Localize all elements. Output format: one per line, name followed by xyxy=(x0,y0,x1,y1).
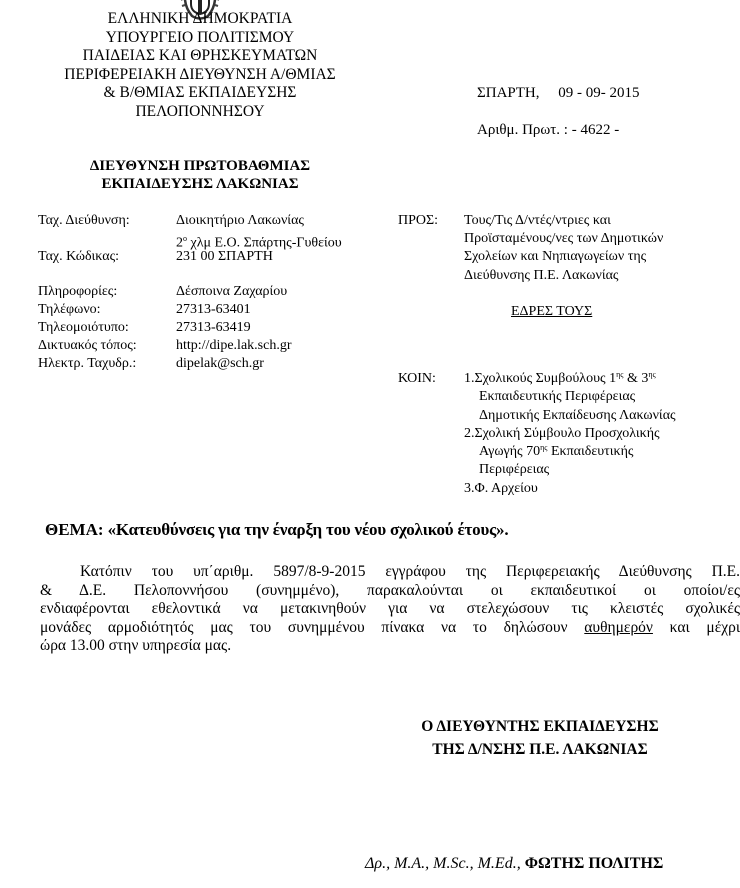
subject-line: ΘΕΜΑ: «Κατευθύνσεις για την έναρξη του ν… xyxy=(45,520,508,540)
department-heading: ΔΙΕΥΘΥΝΣΗ ΠΡΩΤΟΒΑΘΜΙΑΣ ΕΚΠΑΙΔΕΥΣΗΣ ΛΑΚΩΝ… xyxy=(40,157,360,193)
to-line: Προϊσταμένους/νες των Δημοτικών xyxy=(464,230,663,248)
phone-value: 27313-63401 xyxy=(176,301,251,319)
postal-value: 231 00 ΣΠΑΡΤΗ xyxy=(176,248,273,266)
signer-title: Ο ΔΙΕΥΘΥΝΤΗΣ ΕΚΠΑΙΔΕΥΣΗΣ ΤΗΣ Δ/ΝΣΗΣ Π.Ε.… xyxy=(380,715,700,761)
address-label: Ταχ. Διεύθυνση: xyxy=(38,212,176,230)
cc-item-3: 3.Φ. Αρχείου xyxy=(464,480,676,498)
info-row: Πληροφορίες: Δέσποινα Ζαχαρίου xyxy=(38,283,342,301)
to-line: Σχολείων και Νηπιαγωγείων της xyxy=(464,248,663,266)
contact-info: Ταχ. Διεύθυνση: Διοικητήριο Λακωνίας 2ο … xyxy=(38,212,342,373)
email-row: Ηλεκτρ. Ταχυδρ.: dipelak@sch.gr xyxy=(38,355,342,373)
address-value: Διοικητήριο Λακωνίας xyxy=(176,212,304,230)
fax-value: 27313-63419 xyxy=(176,319,251,337)
subject-text: «Κατευθύνσεις για την έναρξη του νέου σχ… xyxy=(104,520,509,539)
body-line: & Δ.Ε. Πελοποννήσου (συνημμένο), παρακαλ… xyxy=(40,582,740,601)
recipients-to: ΠΡΟΣ: Τους/Τις Δ/ντές/ντριες και Προϊστα… xyxy=(398,212,663,285)
fax-label: Τηλεομοιότυπο: xyxy=(38,319,176,337)
web-row: Δικτυακός τόπος: http://dipe.lak.sch.gr xyxy=(38,337,342,355)
phone-row: Τηλέφωνο: 27313-63401 xyxy=(38,301,342,319)
department-line: ΕΚΠΑΙΔΕΥΣΗΣ ΛΑΚΩΝΙΑΣ xyxy=(40,175,360,193)
subject-label: ΘΕΜΑ: xyxy=(45,520,104,539)
cc-item-2: 2.Σχολική Σύμβουλο Προσχολικής xyxy=(464,425,676,443)
email-link[interactable]: dipelak@sch.gr xyxy=(176,355,264,373)
place-date: ΣΠΑΡΤΗ, 09 - 09- 2015 xyxy=(477,85,639,102)
department-line: ΔΙΕΥΘΥΝΣΗ ΠΡΩΤΟΒΑΘΜΙΑΣ xyxy=(40,157,360,175)
letterhead-line: ΠΑΙΔΕΙΑΣ ΚΑΙ ΘΡΗΣΚΕΥΜΑΤΩΝ xyxy=(40,47,360,66)
address-row-2: 2ο χλμ Ε.Ο. Σπάρτης-Γυθείου xyxy=(38,230,342,248)
body-line: Κατόπιν του υπ΄αριθμ. 5897/8-9-2015 εγγρ… xyxy=(40,563,740,582)
body-line: μονάδες αρμοδιότητός μας του συνημμένου … xyxy=(40,619,740,638)
address-value-2: 2ο χλμ Ε.Ο. Σπάρτης-Γυθείου xyxy=(176,230,342,248)
web-link[interactable]: http://dipe.lak.sch.gr xyxy=(176,337,291,355)
address-row: Ταχ. Διεύθυνση: Διοικητήριο Λακωνίας xyxy=(38,212,342,230)
body-line: ώρα 13.00 στην υπηρεσία μας. xyxy=(40,637,740,656)
postal-label: Ταχ. Κώδικας: xyxy=(38,248,176,266)
info-value: Δέσποινα Ζαχαρίου xyxy=(176,283,287,301)
cc-label: ΚΟΙΝ: xyxy=(398,370,464,498)
info-label: Πληροφορίες: xyxy=(38,283,176,301)
signer-degrees: Δρ., M.A., M.Sc., M.Ed., xyxy=(365,855,525,872)
to-line: Τους/Τις Δ/ντές/ντριες και xyxy=(464,212,663,230)
letterhead-line: ΠΕΛΟΠΟΝΝΗΣΟΥ xyxy=(40,103,360,122)
signer-name: Δρ., M.A., M.Sc., M.Ed., ΦΩΤΗΣ ΠΟΛΙΤΗΣ xyxy=(365,855,663,873)
email-label: Ηλεκτρ. Ταχυδρ.: xyxy=(38,355,176,373)
to-label: ΠΡΟΣ: xyxy=(398,212,464,285)
to-line: Διεύθυνσης Π.Ε. Λακωνίας xyxy=(464,267,663,285)
letterhead-line: ΠΕΡΙΦΕΡΕΙΑΚΗ ΔΙΕΥΘΥΝΣΗ Α/ΘΜΙΑΣ xyxy=(40,66,360,85)
signer-fullname: ΦΩΤΗΣ ΠΟΛΙΤΗΣ xyxy=(525,855,664,872)
underlined-emphasis: αυθημερόν xyxy=(584,619,653,636)
letterhead-line: ΥΠΟΥΡΓΕΙΟ ΠΟΛΙΤΙΣΜΟΥ xyxy=(40,29,360,48)
letterhead-line: & Β/ΘΜΙΑΣ ΕΚΠΑΙΔΕΥΣΗΣ xyxy=(40,84,360,103)
phone-label: Τηλέφωνο: xyxy=(38,301,176,319)
body-line: ενδιαφέρονται εθελοντικά να μετακινηθούν… xyxy=(40,600,740,619)
protocol-number: Αριθμ. Πρωτ. : - 4622 - xyxy=(477,122,619,139)
recipients-cc: ΚΟΙΝ: 1.Σχολικούς Συμβούλους 1ης & 3ης Ε… xyxy=(398,370,676,498)
letterhead: ΕΛΛΗΝΙΚΗ ΔΗΜΟΚΡΑΤΙΑ ΥΠΟΥΡΓΕΙΟ ΠΟΛΙΤΙΣΜΟΥ… xyxy=(40,10,360,121)
letterhead-line: ΕΛΛΗΝΙΚΗ ΔΗΜΟΚΡΑΤΙΑ xyxy=(40,10,360,29)
to-recipients: Τους/Τις Δ/ντές/ντριες και Προϊσταμένους… xyxy=(464,212,663,285)
web-label: Δικτυακός τόπος: xyxy=(38,337,176,355)
fax-row: Τηλεομοιότυπο: 27313-63419 xyxy=(38,319,342,337)
cc-item-1: 1.Σχολικούς Συμβούλους 1ης & 3ης xyxy=(464,370,676,388)
body-paragraph: Κατόπιν του υπ΄αριθμ. 5897/8-9-2015 εγγρ… xyxy=(40,563,740,656)
seats-label: ΕΔΡΕΣ ΤΟΥΣ xyxy=(511,304,592,320)
cc-recipients: 1.Σχολικούς Συμβούλους 1ης & 3ης Εκπαιδε… xyxy=(464,370,676,498)
